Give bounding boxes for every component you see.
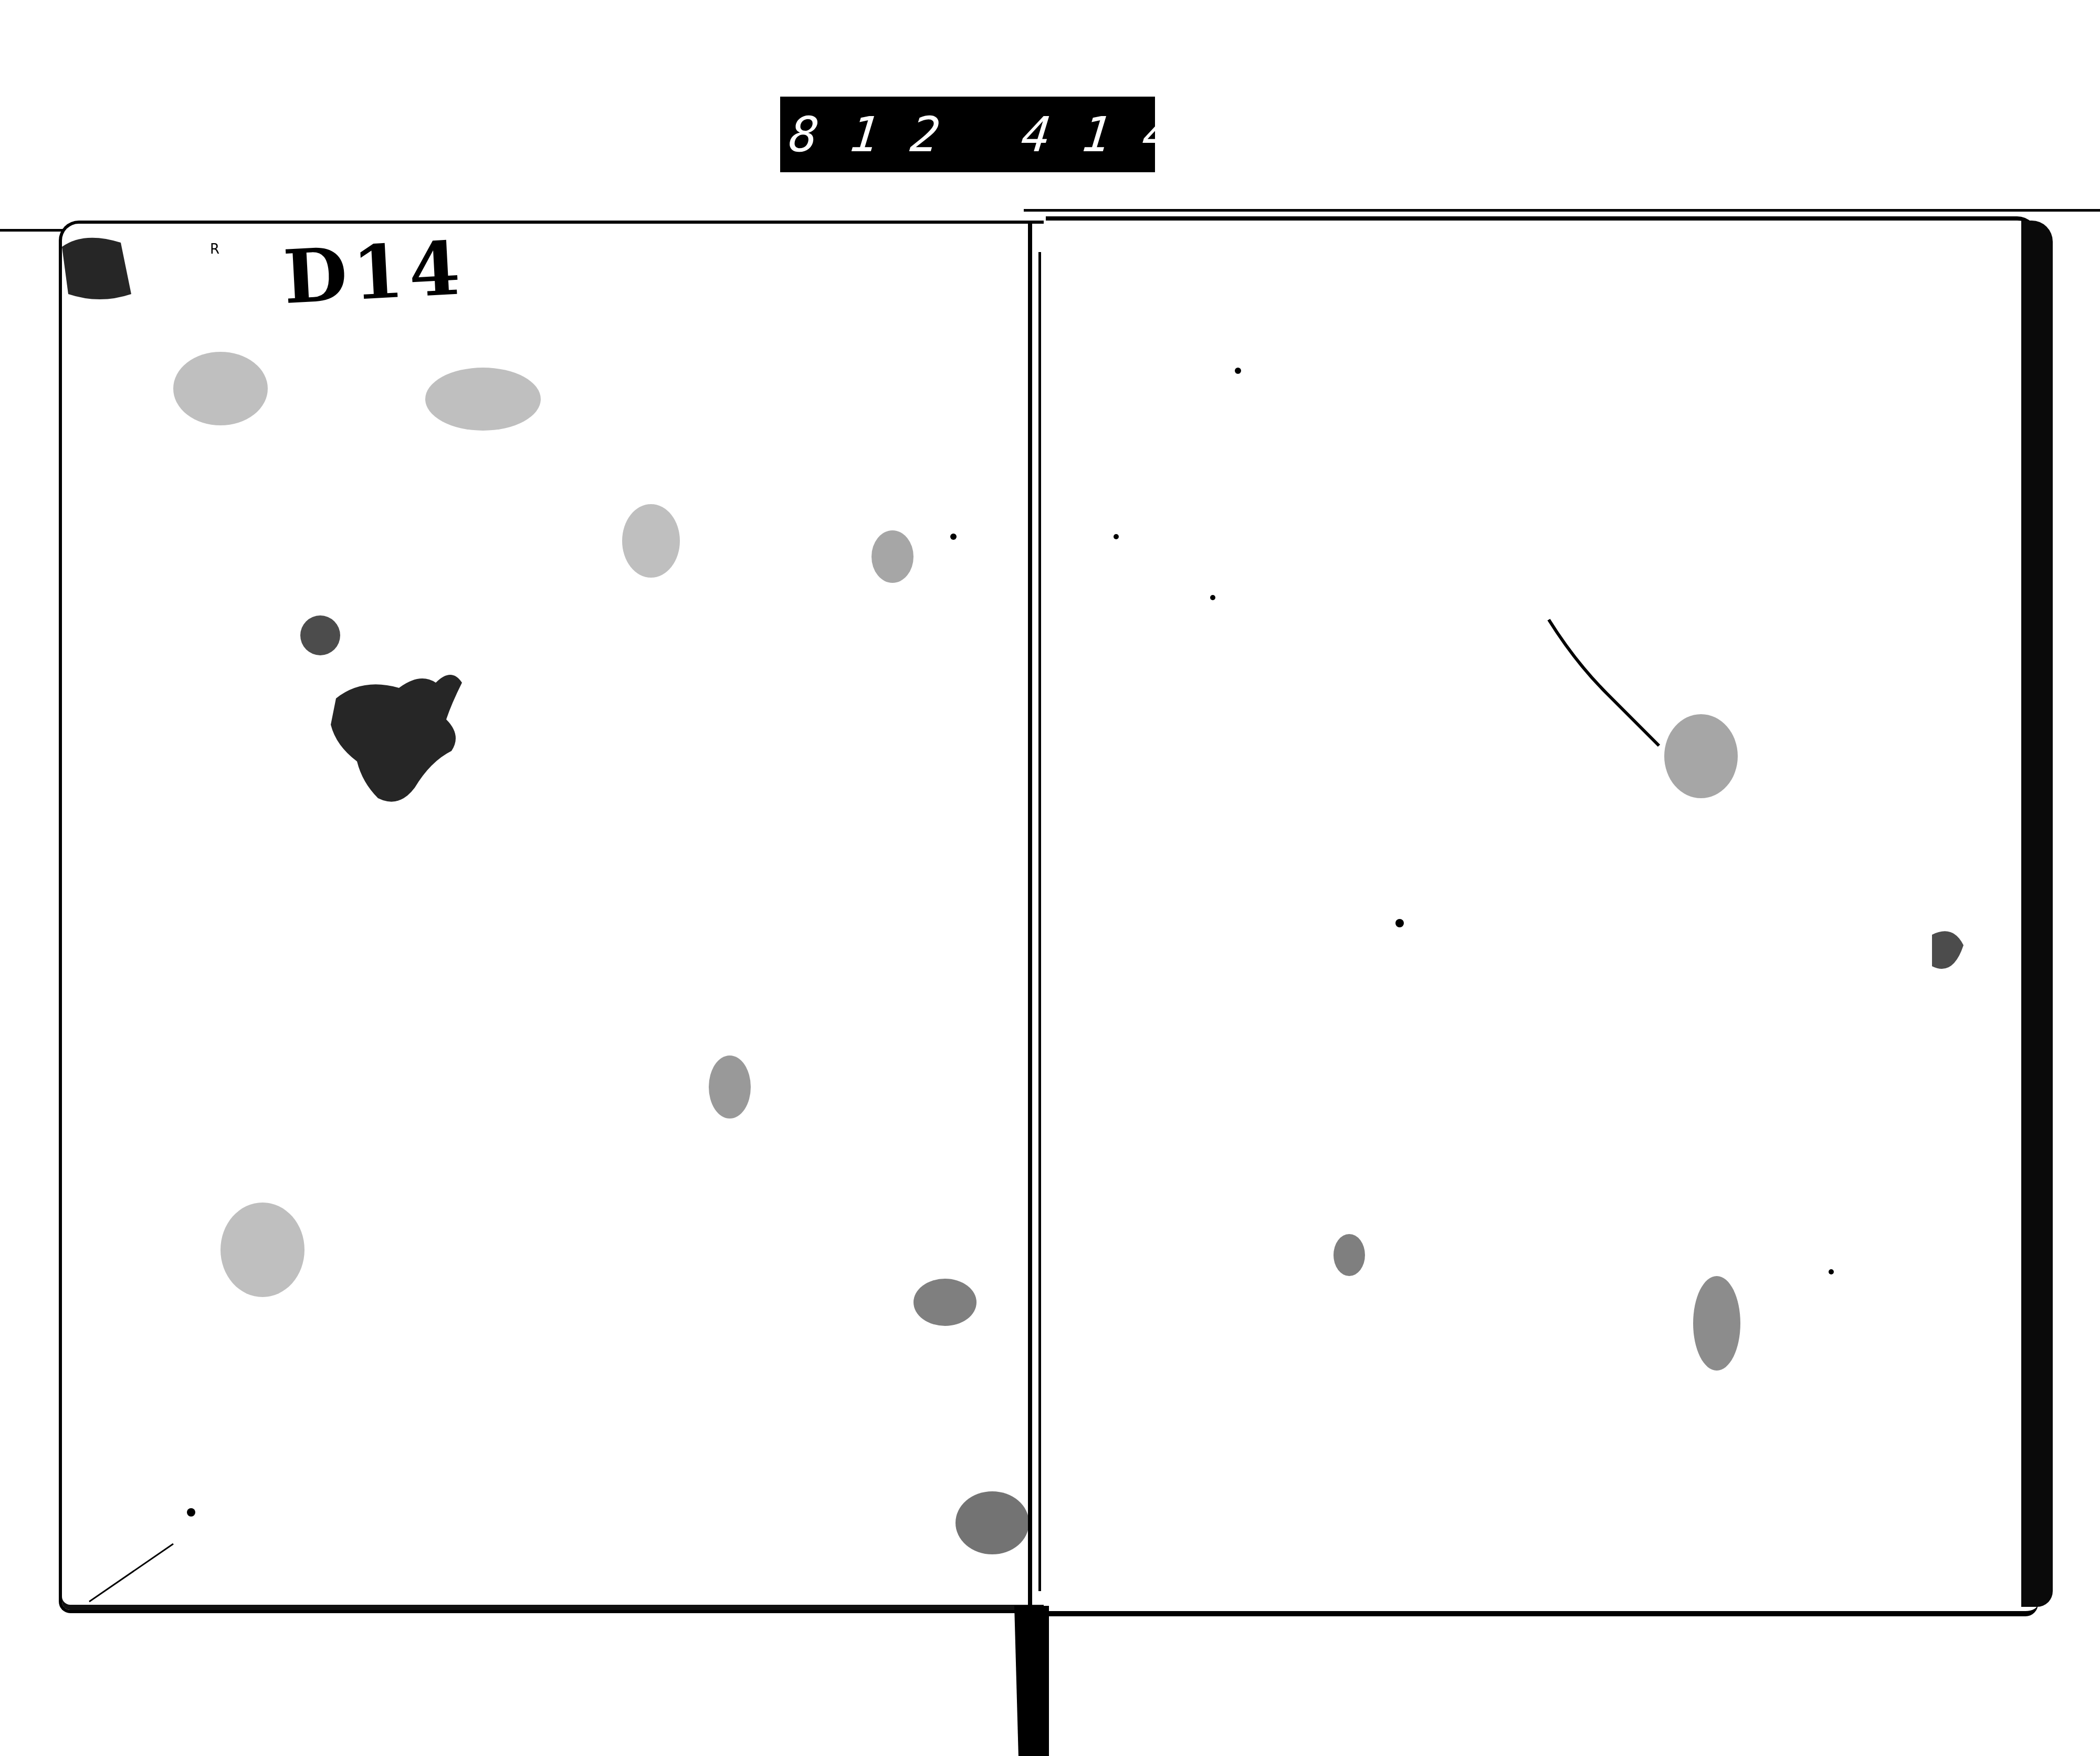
margin-mark: R (210, 242, 219, 257)
top-rule-right (1024, 209, 2100, 212)
frame-counter-right: 414. (1019, 111, 1266, 159)
right-page (1046, 216, 2038, 1616)
fore-edge (2021, 221, 2053, 1607)
spine-edge (1028, 221, 1032, 1607)
left-page (59, 221, 1044, 1613)
handwritten-label: D14 (281, 225, 467, 321)
gutter-line (1038, 252, 1041, 1591)
frame-counter: 812 414. (780, 97, 1155, 172)
frame-counter-left: 812 (787, 111, 974, 159)
bookmark-strap (1014, 1606, 1049, 1756)
